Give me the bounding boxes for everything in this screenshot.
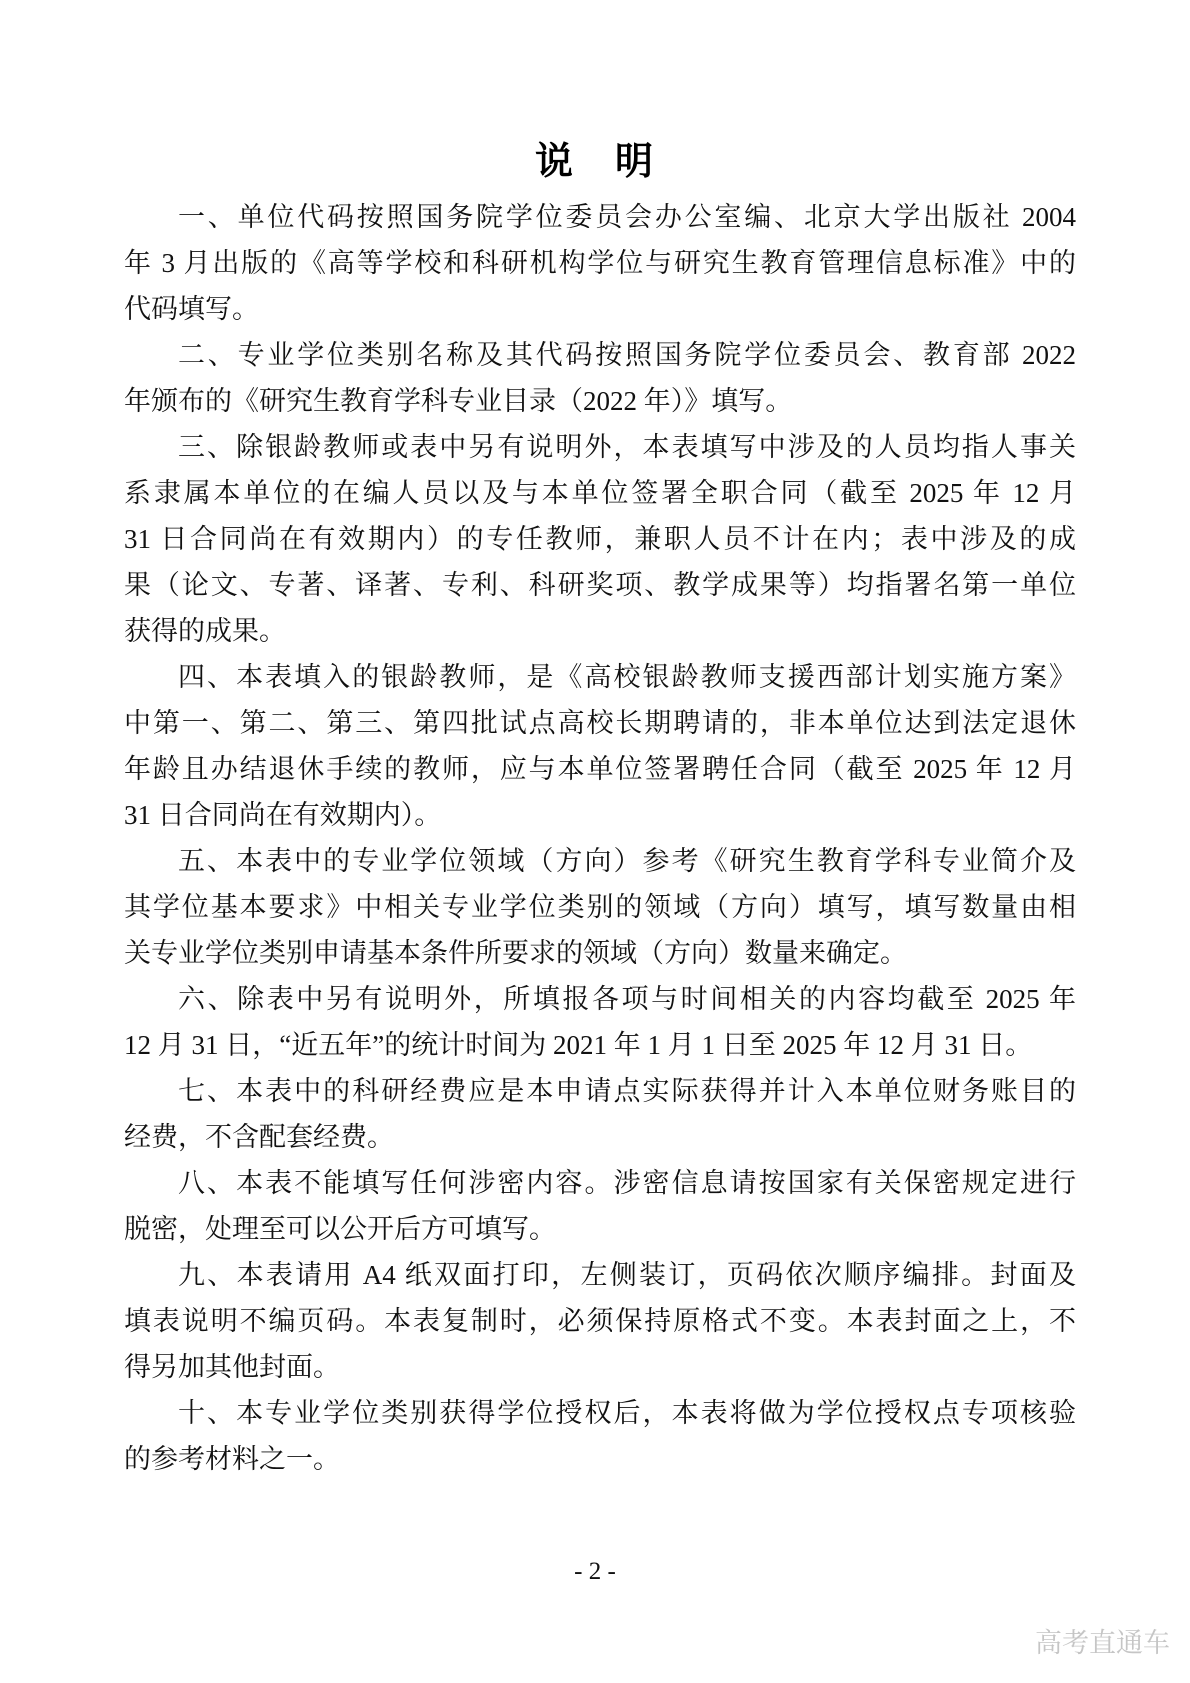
page-title: 说 明: [0, 138, 1190, 186]
text-line: 五、本表中的专业学位领域（方向）参考《研究生教育学科专业简介及: [124, 838, 1076, 884]
page-number: - 2 -: [0, 1554, 1190, 1590]
text-line: 八、本表不能填写任何涉密内容。涉密信息请按国家有关保密规定进行: [124, 1160, 1076, 1206]
text-line: 年龄且办结退休手续的教师，应与本单位签署聘任合同（截至 2025 年 12 月: [124, 746, 1076, 792]
text-line: 三、除银龄教师或表中另有说明外，本表填写中涉及的人员均指人事关: [124, 424, 1076, 470]
text-line: 的参考材料之一。: [124, 1436, 1076, 1482]
text-line: 四、本表填入的银龄教师，是《高校银龄教师支援西部计划实施方案》: [124, 654, 1076, 700]
text-line: 其学位基本要求》中相关专业学位类别的领域（方向）填写，填写数量由相: [124, 884, 1076, 930]
document-page: 说 明 一、单位代码按照国务院学位委员会办公室编、北京大学出版社 2004年 3…: [0, 0, 1190, 1683]
paragraph: 三、除银龄教师或表中另有说明外，本表填写中涉及的人员均指人事关系隶属本单位的在编…: [124, 424, 1076, 654]
text-line: 十、本专业学位类别获得学位授权后，本表将做为学位授权点专项核验: [124, 1390, 1076, 1436]
text-line: 一、单位代码按照国务院学位委员会办公室编、北京大学出版社 2004: [124, 194, 1076, 240]
paragraph: 四、本表填入的银龄教师，是《高校银龄教师支援西部计划实施方案》中第一、第二、第三…: [124, 654, 1076, 838]
paragraph: 九、本表请用 A4 纸双面打印，左侧装订，页码依次顺序编排。封面及填表说明不编页…: [124, 1252, 1076, 1390]
text-line: 二、专业学位类别名称及其代码按照国务院学位委员会、教育部 2022: [124, 332, 1076, 378]
watermark-label: 高考直通车: [1035, 1626, 1170, 1660]
text-line: 九、本表请用 A4 纸双面打印，左侧装订，页码依次顺序编排。封面及: [124, 1252, 1076, 1298]
paragraph: 八、本表不能填写任何涉密内容。涉密信息请按国家有关保密规定进行脱密，处理至可以公…: [124, 1160, 1076, 1252]
paragraph: 七、本表中的科研经费应是本申请点实际获得并计入本单位财务账目的经费，不含配套经费…: [124, 1068, 1076, 1160]
paragraph: 五、本表中的专业学位领域（方向）参考《研究生教育学科专业简介及其学位基本要求》中…: [124, 838, 1076, 976]
paragraph: 六、除表中另有说明外，所填报各项与时间相关的内容均截至 2025 年12 月 3…: [124, 976, 1076, 1068]
text-line: 年颁布的《研究生教育学科专业目录（2022 年）》填写。: [124, 378, 1076, 424]
text-line: 系隶属本单位的在编人员以及与本单位签署全职合同（截至 2025 年 12 月: [124, 470, 1076, 516]
text-line: 获得的成果。: [124, 608, 1076, 654]
text-line: 31 日合同尚在有效期内）。: [124, 792, 1076, 838]
text-line: 六、除表中另有说明外，所填报各项与时间相关的内容均截至 2025 年: [124, 976, 1076, 1022]
text-line: 31 日合同尚在有效期内）的专任教师，兼职人员不计在内；表中涉及的成: [124, 516, 1076, 562]
text-line: 关专业学位类别申请基本条件所要求的领域（方向）数量来确定。: [124, 930, 1076, 976]
text-line: 中第一、第二、第三、第四批试点高校长期聘请的，非本单位达到法定退休: [124, 700, 1076, 746]
text-line: 果（论文、专著、译著、专利、科研奖项、教学成果等）均指署名第一单位: [124, 562, 1076, 608]
text-line: 填表说明不编页码。本表复制时，必须保持原格式不变。本表封面之上，不: [124, 1298, 1076, 1344]
text-line: 脱密，处理至可以公开后方可填写。: [124, 1206, 1076, 1252]
text-line: 年 3 月出版的《高等学校和科研机构学位与研究生教育管理信息标准》中的: [124, 240, 1076, 286]
paragraph: 二、专业学位类别名称及其代码按照国务院学位委员会、教育部 2022年颁布的《研究…: [124, 332, 1076, 424]
text-line: 七、本表中的科研经费应是本申请点实际获得并计入本单位财务账目的: [124, 1068, 1076, 1114]
paragraph: 十、本专业学位类别获得学位授权后，本表将做为学位授权点专项核验的参考材料之一。: [124, 1390, 1076, 1482]
text-line: 12 月 31 日，“近五年”的统计时间为 2021 年 1 月 1 日至 20…: [124, 1022, 1076, 1068]
text-line: 经费，不含配套经费。: [124, 1114, 1076, 1160]
instructions-text: 一、单位代码按照国务院学位委员会办公室编、北京大学出版社 2004年 3 月出版…: [124, 194, 1076, 1482]
text-line: 得另加其他封面。: [124, 1344, 1076, 1390]
text-line: 代码填写。: [124, 286, 1076, 332]
paragraph: 一、单位代码按照国务院学位委员会办公室编、北京大学出版社 2004年 3 月出版…: [124, 194, 1076, 332]
